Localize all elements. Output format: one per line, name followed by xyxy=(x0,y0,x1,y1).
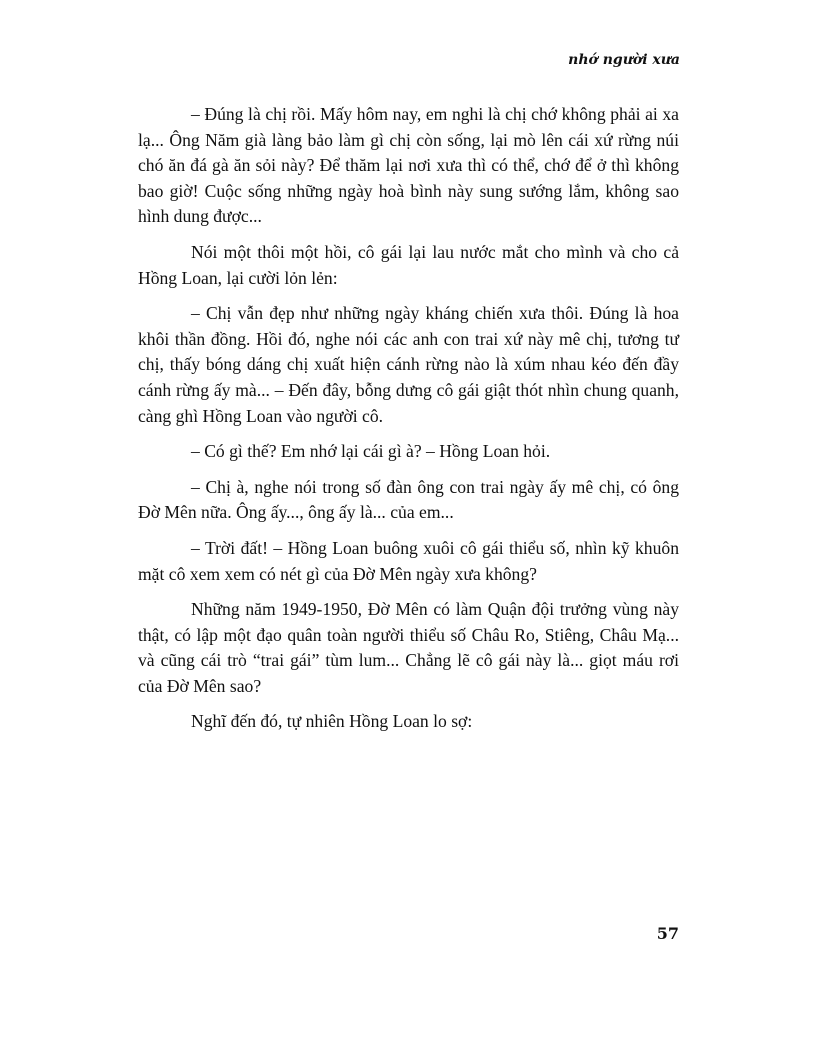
body-text: – Đúng là chị rồi. Mấy hôm nay, em nghi … xyxy=(138,102,679,735)
paragraph: Nói một thôi một hồi, cô gái lại lau nướ… xyxy=(138,240,679,291)
paragraph: – Chị à, nghe nói trong số đàn ông con t… xyxy=(138,475,679,526)
page-number: 57 xyxy=(657,924,679,943)
paragraph: Nghĩ đến đó, tự nhiên Hồng Loan lo sợ: xyxy=(138,709,679,735)
paragraph: – Chị vẫn đẹp như những ngày kháng chiến… xyxy=(138,301,679,429)
paragraph: Những năm 1949-1950, Đờ Mên có làm Quận … xyxy=(138,597,679,699)
paragraph: – Trời đất! – Hồng Loan buông xuôi cô gá… xyxy=(138,536,679,587)
paragraph: – Đúng là chị rồi. Mấy hôm nay, em nghi … xyxy=(138,102,679,230)
paragraph: – Có gì thế? Em nhớ lại cái gì à? – Hồng… xyxy=(138,439,679,465)
running-header: nhớ người xưa xyxy=(568,52,680,68)
book-page: nhớ người xưa – Đúng là chị rồi. Mấy hôm… xyxy=(0,0,816,1056)
